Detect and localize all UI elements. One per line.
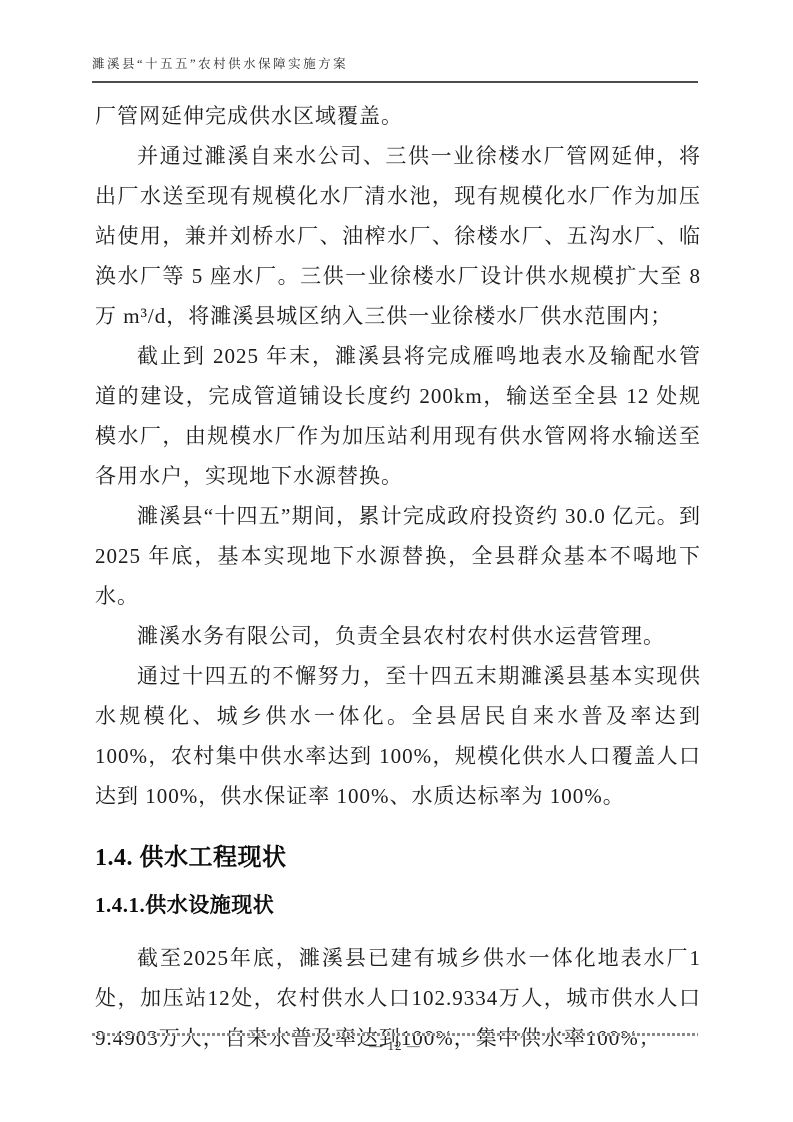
subsection-heading: 1.4.1.供水设施现状	[95, 885, 701, 925]
document-body: 厂管网延伸完成供水区域覆盖。 并通过濉溪自来水公司、三供一业徐楼水厂管网延伸，将…	[95, 96, 701, 1058]
paragraph: 并通过濉溪自来水公司、三供一业徐楼水厂管网延伸，将出厂水送至现有规模化水厂清水池…	[95, 136, 701, 336]
paragraph-continuation: 厂管网延伸完成供水区域覆盖。	[95, 96, 701, 136]
page-header: 濉溪县“十五五”农村供水保障实施方案	[92, 54, 698, 83]
section-heading: 1.4. 供水工程现状	[95, 838, 701, 878]
document-page: 濉溪县“十五五”农村供水保障实施方案 厂管网延伸完成供水区域覆盖。 并通过濉溪自…	[0, 0, 793, 1122]
footer-rule	[92, 1033, 698, 1036]
page-number: — 12 —	[92, 1038, 698, 1054]
header-title: 濉溪县“十五五”农村供水保障实施方案	[92, 54, 698, 83]
paragraph: 濉溪县“十四五”期间，累计完成政府投资约 30.0 亿元。到 2025 年底，基…	[95, 496, 701, 616]
paragraph: 截止到 2025 年末，濉溪县将完成雁鸣地表水及输配水管道的建设，完成管道铺设长…	[95, 336, 701, 496]
paragraph: 通过十四五的不懈努力，至十四五末期濉溪县基本实现供水规模化、城乡供水一体化。全县…	[95, 656, 701, 816]
paragraph: 濉溪水务有限公司，负责全县农村农村供水运营管理。	[95, 616, 701, 656]
page-footer: — 12 —	[92, 1033, 698, 1054]
